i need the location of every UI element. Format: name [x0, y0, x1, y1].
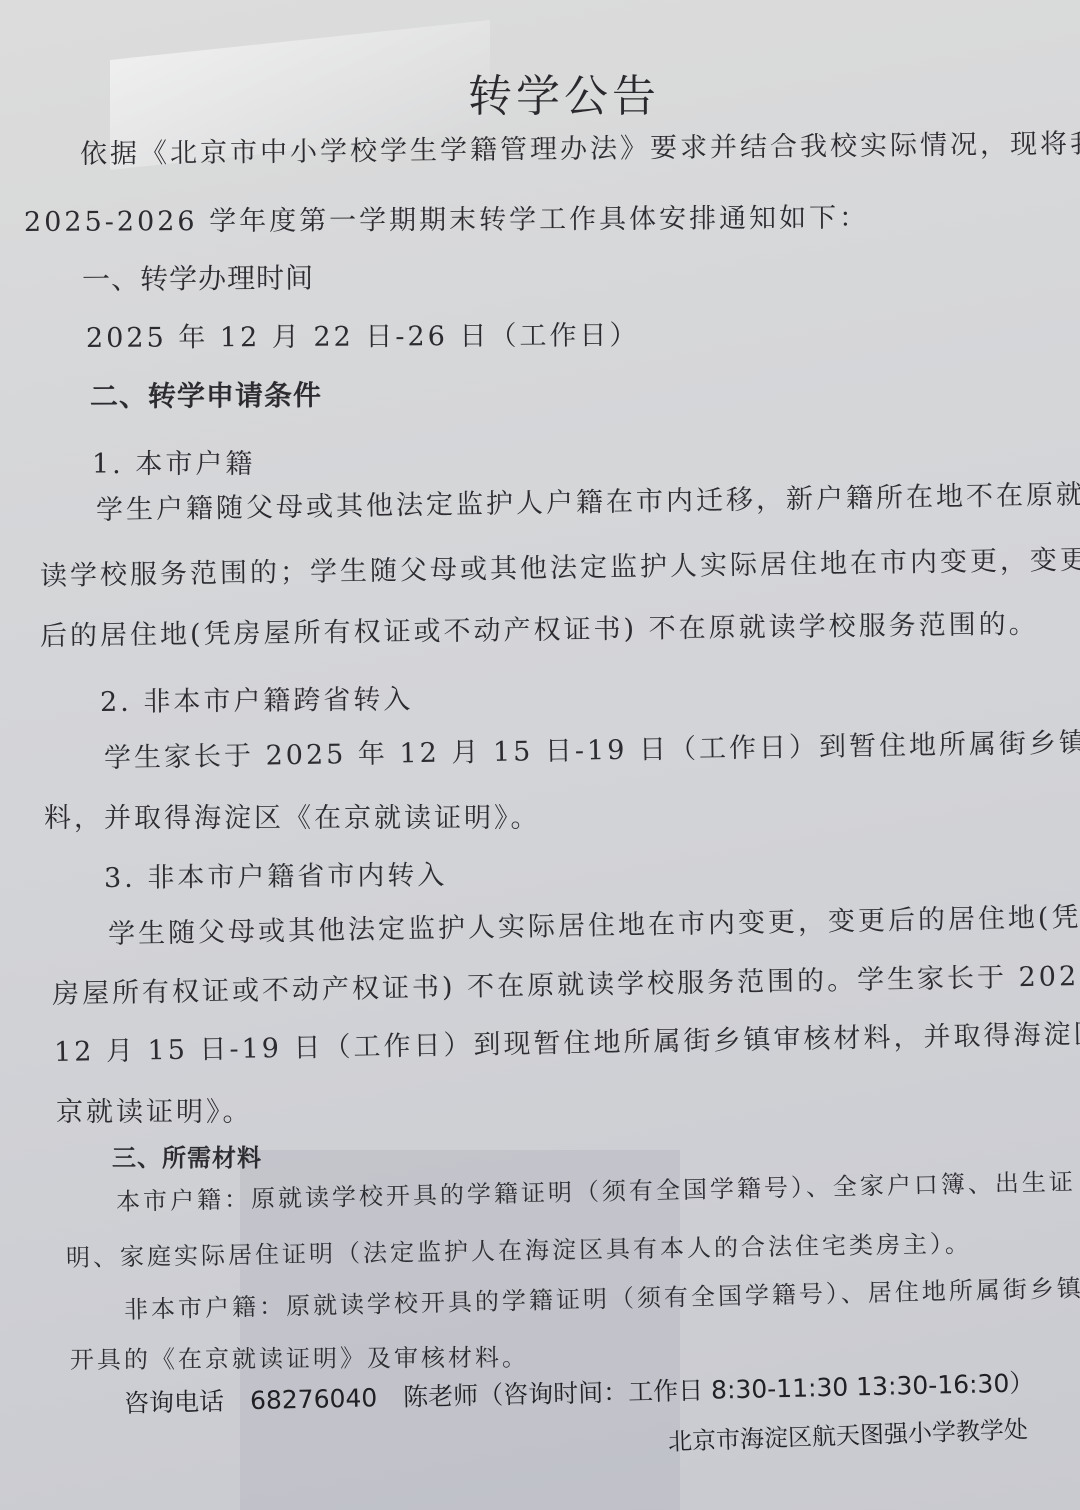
- item2-line-2: 料，并取得海淀区《在京就读证明》。: [44, 796, 541, 835]
- item1-line-2: 读学校服务范围的；学生随父母或其他法定监护人实际居住地在市内变更，变更: [40, 538, 1080, 593]
- intro-line-2: 2025-2026 学年度第一学期期末转学工作具体安排通知如下：: [24, 196, 869, 239]
- contact-phone: 68276040: [250, 1383, 378, 1415]
- item1-line-3: 后的居住地(凭房屋所有权证或不动产权证书) 不在原就读学校服务范围的。: [40, 602, 1039, 653]
- signature: 北京市海淀区航天图强小学教学处: [667, 1409, 1028, 1457]
- item3-heading: 3. 非本市户籍省市内转入: [104, 853, 448, 895]
- section3-line-2: 明、家庭实际居住证明（法定监护人在海淀区具有本人的合法住宅类房主）。: [66, 1224, 972, 1273]
- item2-line-1: 学生家长于 2025 年 12 月 15 日-19 日（工作日）到暂住地所属街乡…: [104, 719, 1080, 775]
- section3-line-4: 开具的《在京就读证明》及审核材料。: [70, 1338, 529, 1375]
- item1-heading: 1. 本市户籍: [92, 442, 255, 481]
- item3-line-2: 房屋所有权证或不动产权证书) 不在原就读学校服务范围的。学生家长于 2025 年: [52, 953, 1080, 1011]
- item3-line-3: 12 月 15 日-19 日（工作日）到现暂住地所属街乡镇审核材料，并取得海淀区…: [54, 1011, 1080, 1069]
- intro-line-1: 依据《北京市中小学校学生学籍管理办法》要求并结合我校实际情况，现将我校: [80, 121, 1080, 171]
- section1-heading: 一、转学办理时间: [82, 256, 314, 298]
- section1-line-1: 2025 年 12 月 22 日-26 日（工作日）: [86, 313, 640, 355]
- contact-label: 咨询电话: [124, 1387, 225, 1418]
- contact-person: 陈老师（咨询时间：工作日 8:30-11:30 13:30-16:30）: [403, 1368, 1035, 1411]
- item2-heading: 2. 非本市户籍跨省转入: [100, 677, 414, 719]
- notice-title: 转学公告: [468, 60, 660, 124]
- section2-heading: 二、转学申请条件: [90, 374, 322, 415]
- item3-line-4: 京就读证明》。: [56, 1090, 253, 1129]
- item3-line-1: 学生随父母或其他法定监护人实际居住地在市内变更，变更后的居住地(凭: [108, 895, 1080, 951]
- section3-line-3: 非本市户籍：原就读学校开具的学籍证明（须有全国学籍号）、居住地所属街乡镇: [124, 1268, 1080, 1325]
- section3-heading: 三、所需材料: [112, 1138, 262, 1173]
